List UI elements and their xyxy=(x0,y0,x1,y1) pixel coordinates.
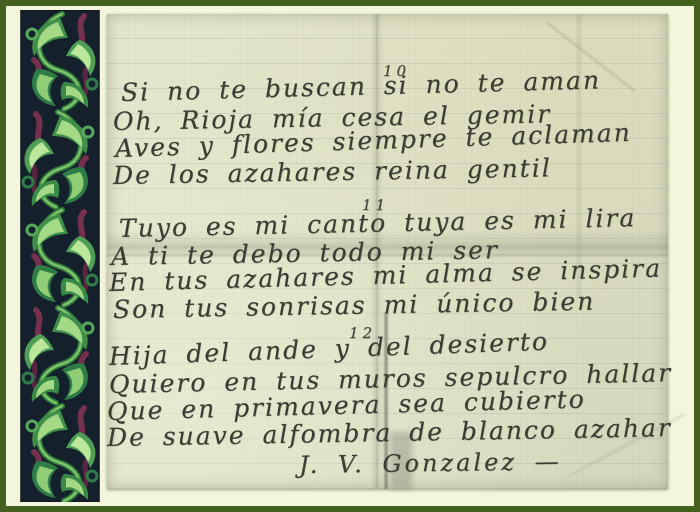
manuscript-paper: 10 Si no te buscan si no te aman Oh, Rio… xyxy=(107,14,668,489)
framed-manuscript-scan: 10 Si no te buscan si no te aman Oh, Rio… xyxy=(0,0,700,512)
author-signature: J. V. Gonzalez — xyxy=(299,447,562,479)
acanthus-border-ornament xyxy=(18,10,102,502)
